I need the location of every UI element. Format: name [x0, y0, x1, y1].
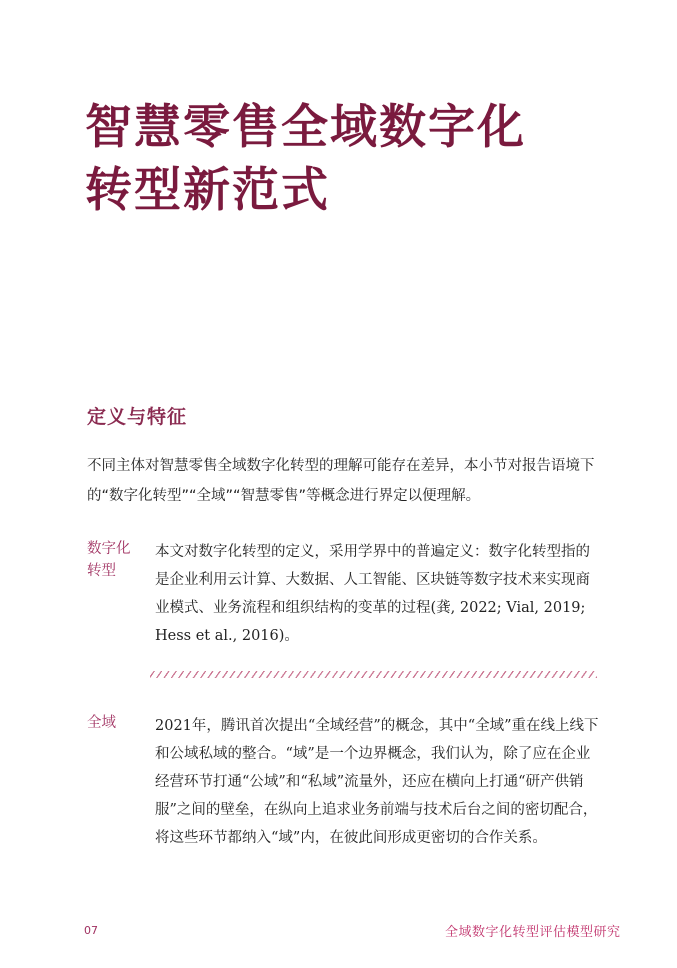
- term-definition: 2021年，腾讯首次提出“全域经营”的概念，其中“全域”重在线上线下和公域私域的…: [155, 712, 603, 852]
- page-title: 智慧零售全域数字化 转型新范式: [85, 96, 565, 222]
- term-label: 全域: [87, 712, 143, 734]
- dashed-divider: [150, 671, 597, 678]
- page-title-line-1: 智慧零售全域数字化: [85, 100, 526, 155]
- page-number: 07: [84, 924, 98, 937]
- intro-paragraph: 不同主体对智慧零售全域数字化转型的理解可能存在差异，本小节对报告语境下的“数字化…: [87, 451, 607, 511]
- footer-report-title: 全域数字化转型评估模型研究: [445, 921, 621, 940]
- term-definition: 本文对数字化转型的定义，采用学界中的普遍定义：数字化转型指的是企业利用云计算、大…: [155, 538, 603, 650]
- page-title-line-2: 转型新范式: [85, 163, 330, 218]
- section-heading: 定义与特征: [87, 402, 187, 429]
- term-label: 数字化 转型: [87, 538, 143, 582]
